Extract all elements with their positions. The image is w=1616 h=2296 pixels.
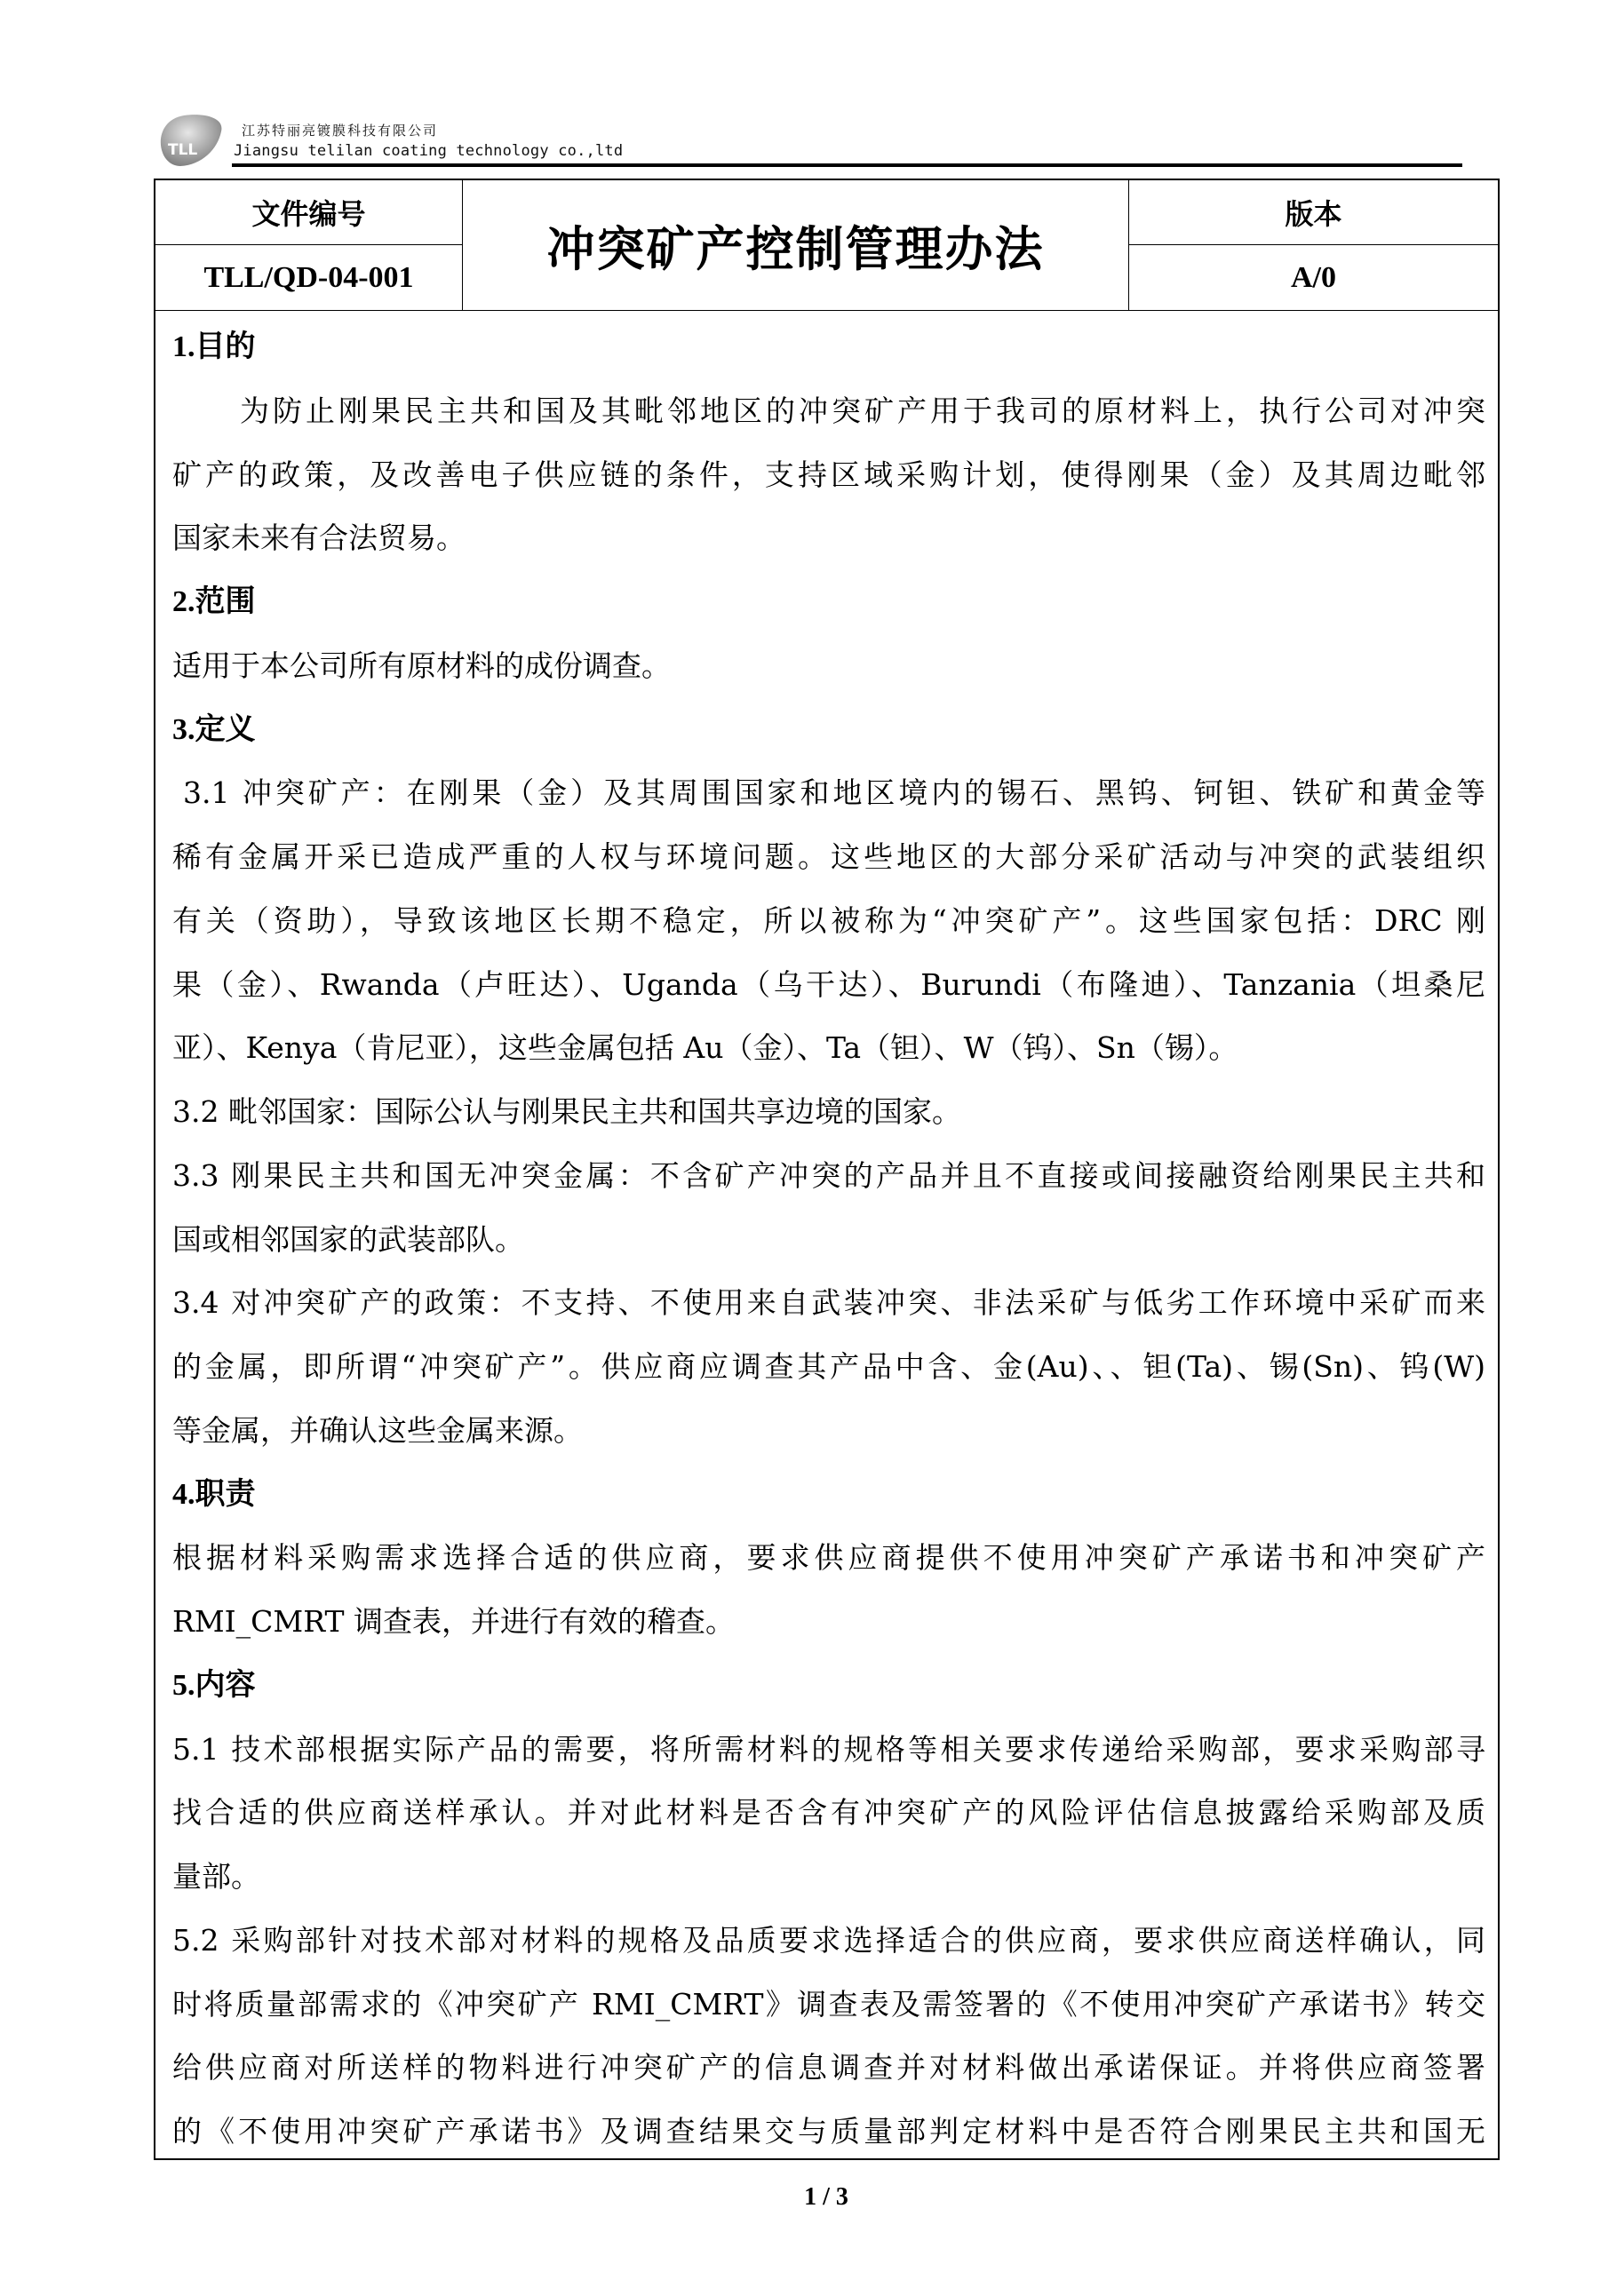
paragraph-line: 的《不使用冲突矿产承诺书》及调查结果交与质量部判定材料中是否符合刚果民主共和国无 (172, 2100, 1485, 2164)
paragraph-line: RMI_CMRT 调查表，并进行有效的稽查。 (172, 1590, 1485, 1654)
paragraph-line: 稀有金属开采已造成严重的人权与环境问题。这些地区的大部分采矿活动与冲突的武装组织 (172, 825, 1485, 889)
paragraph-line: 有关（资助），导致该地区长期不稳定，所以被称为“冲突矿产”。这些国家包括：DRC… (172, 889, 1485, 953)
paragraph-line: 等金属，并确认这些金属来源。 (172, 1399, 1485, 1463)
paragraph-line: 根据材料采购需求选择合适的供应商，要求供应商提供不使用冲突矿产承诺书和冲突矿产 (172, 1526, 1485, 1590)
paragraph-line: 时将质量部需求的《冲突矿产 RMI_CMRT》调查表及需签署的《不使用冲突矿产承… (172, 1973, 1485, 2037)
document-table: 文件编号 TLL/QD-04-001 冲突矿产控制管理办法 版本 A/0 1.目… (154, 179, 1500, 2160)
section-heading-definitions: 3.定义 (172, 698, 1485, 762)
header-divider (155, 310, 1498, 311)
version-label: 版本 (1129, 180, 1498, 245)
paragraph-line: 3.2 毗邻国家：国际公认与刚果民主共和国共享边境的国家。 (172, 1080, 1485, 1144)
company-name-cn: 江苏特丽亮镀膜科技有限公司 (242, 121, 438, 139)
paragraph-line: 3.3 刚果民主共和国无冲突金属：不含矿产冲突的产品并且不直接或间接融资给刚果民… (172, 1144, 1485, 1208)
doc-number-value: TLL/QD-04-001 (155, 245, 463, 311)
section-heading-content: 5.内容 (172, 1654, 1485, 1718)
paragraph-line: 矿产的政策，及改善电子供应链的条件，支持区域采购计划，使得刚果（金）及其周边毗邻 (172, 443, 1485, 507)
document-title: 冲突矿产控制管理办法 (463, 180, 1129, 311)
paragraph-line: 国或相邻国家的武装部队。 (172, 1208, 1485, 1272)
section-heading-purpose: 1.目的 (172, 315, 1485, 379)
paragraph-line: 3.4 对冲突矿产的政策：不支持、不使用来自武装冲突、非法采矿与低劣工作环境中采… (172, 1271, 1485, 1335)
version-value: A/0 (1129, 245, 1498, 311)
paragraph-line: 找合适的供应商送样承认。并对此材料是否含有冲突矿产的风险评估信息披露给采购部及质 (172, 1781, 1485, 1845)
paragraph-line: 5.2 采购部针对技术部对材料的规格及品质要求选择适合的供应商，要求供应商送样确… (172, 1909, 1485, 1973)
paragraph-line: 的金属，即所谓“冲突矿产”。供应商应调查其产品中含、金(Au)、、钽(Ta)、锡… (172, 1335, 1485, 1399)
section-heading-scope: 2.范围 (172, 570, 1485, 634)
paragraph-line: 5.1 技术部根据实际产品的需要，将所需材料的规格等相关要求传递给采购部，要求采… (172, 1718, 1485, 1782)
paragraph-line: 给供应商对所送样的物料进行冲突矿产的信息调查并对材料做出承诺保证。并将供应商签署 (172, 2036, 1485, 2100)
paragraph-line: 3.1 冲突矿产：在刚果（金）及其周围国家和地区境内的锡石、黑钨、钶钽、铁矿和黄… (172, 761, 1485, 825)
paragraph-line: 国家未来有合法贸易。 (172, 506, 1485, 570)
doc-number-label: 文件编号 (155, 180, 463, 245)
paragraph-line: 果（金）、Rwanda（卢旺达）、Uganda（乌干达）、Burundi（布隆迪… (172, 953, 1485, 1017)
paragraph-line: 适用于本公司所有原材料的成份调查。 (172, 634, 1485, 698)
paragraph-line: 为防止刚果民主共和国及其毗邻地区的冲突矿产用于我司的原材料上，执行公司对冲突 (172, 379, 1485, 443)
svg-text:TLL: TLL (168, 141, 197, 159)
header-rule (232, 163, 1462, 167)
section-heading-responsibilities: 4.职责 (172, 1463, 1485, 1527)
page-number: 1 / 3 (782, 2183, 871, 2212)
company-logo: TLL (157, 114, 223, 167)
paragraph-line: 量部。 (172, 1845, 1485, 1909)
company-name-en: Jiangsu telilan coating technology co.,l… (234, 142, 623, 160)
paragraph-line: 亚）、Kenya（肯尼亚），这些金属包括 Au（金）、Ta（钽）、W（钨）、Sn… (172, 1016, 1485, 1080)
